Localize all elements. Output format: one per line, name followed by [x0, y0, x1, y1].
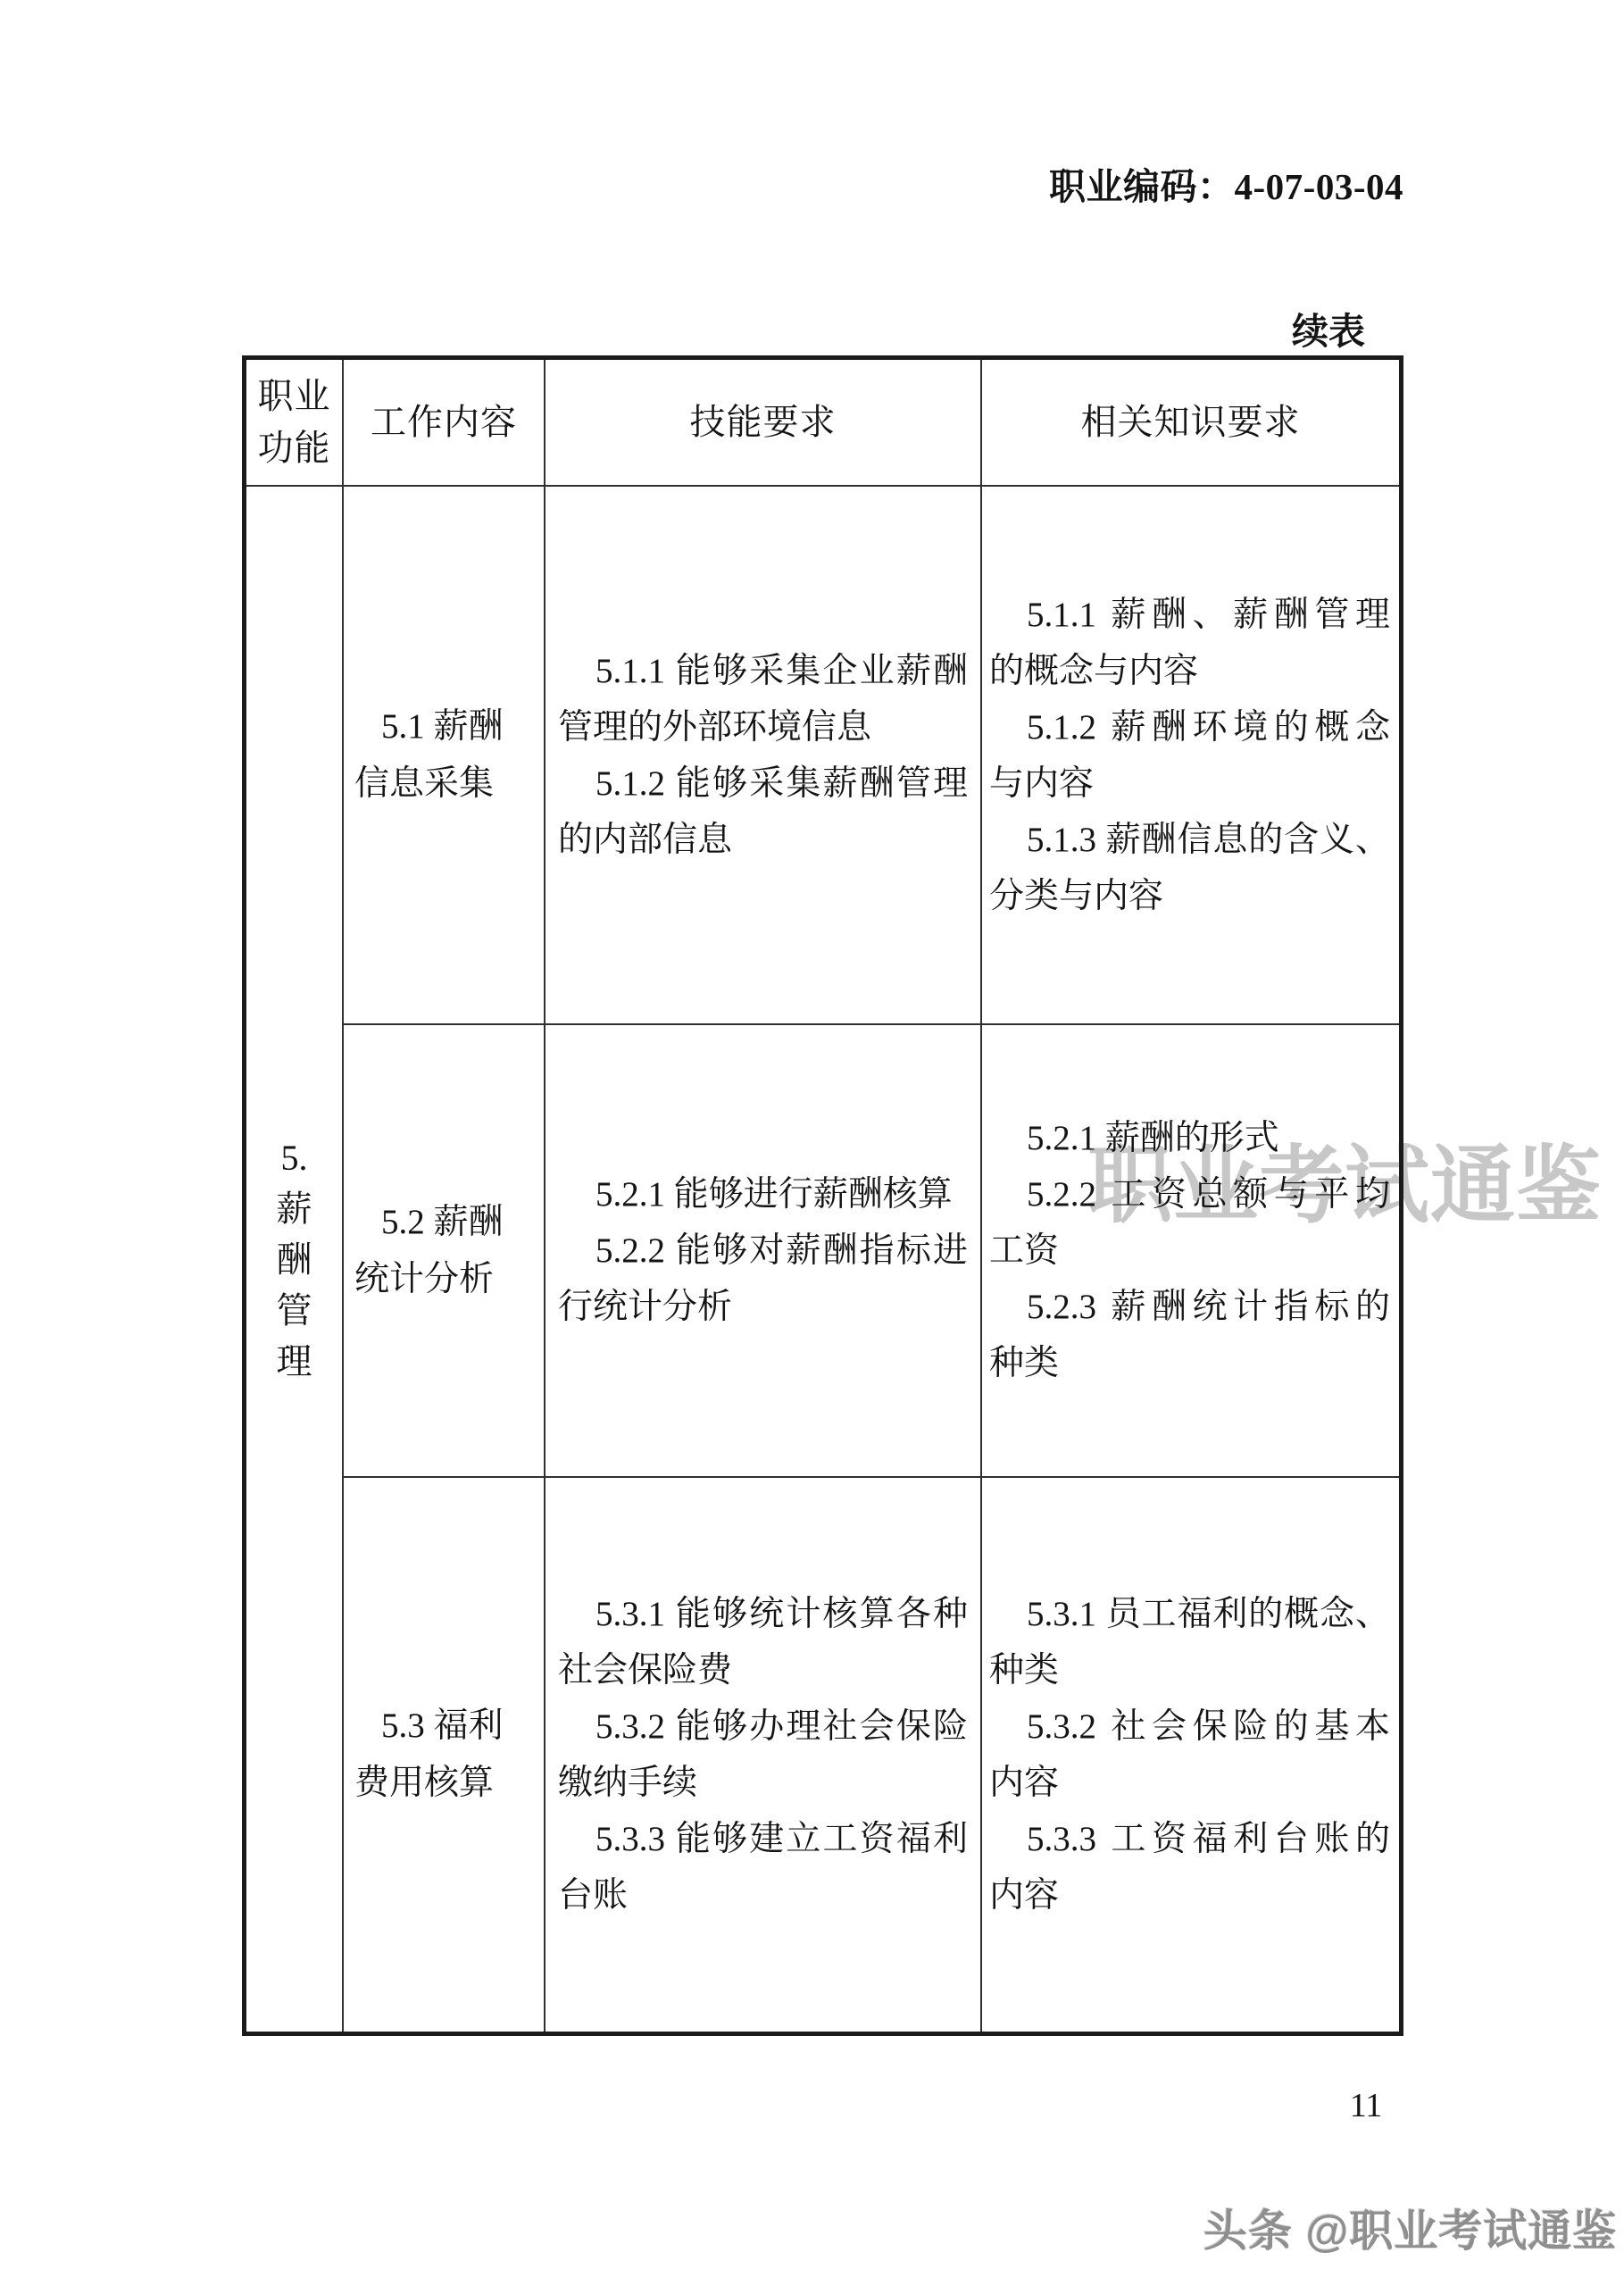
continued-table-label: 续表	[1292, 302, 1365, 355]
text-line: 5.2.2 能够对薪酬指标进	[558, 1222, 968, 1279]
text-line: 信息采集	[354, 755, 533, 813]
knowledge-cell-5-2: 5.2.1 薪酬的形式 5.2.2 工资总额与平均 工资 5.2.3 薪酬统计指…	[982, 1025, 1399, 1478]
text-line: 的内部信息	[558, 812, 968, 868]
header-cell-skills: 技能要求	[545, 360, 982, 487]
text-line: 行统计分析	[558, 1279, 968, 1335]
text-line: 5.3.3 能够建立工资福利	[558, 1811, 968, 1867]
text-line: 5.2.2 工资总额与平均	[989, 1166, 1390, 1222]
occupation-code: 职业编码：4-07-03-04	[1049, 157, 1403, 210]
header-label: 相关知识要求	[1081, 396, 1301, 448]
footer-credit: 头条 @职业考试通鉴	[1203, 2197, 1617, 2259]
work-cell-5-3: 5.3 福利 费用核算	[344, 1478, 545, 2032]
header-cell-knowledge: 相关知识要求	[982, 360, 1399, 487]
text-line: 分类与内容	[989, 868, 1390, 924]
text-line: 5.2.1 能够进行薪酬核算	[558, 1166, 968, 1222]
text-line: 5.3.2 能够办理社会保险	[558, 1698, 968, 1755]
work-cell-5-2: 5.2 薪酬 统计分析	[344, 1025, 545, 1478]
skills-cell-5-1: 5.1.1 能够采集企业薪酬 管理的外部环境信息 5.1.2 能够采集薪酬管理 …	[545, 487, 982, 1025]
text-line: 5.1.1 能够采集企业薪酬	[558, 643, 968, 699]
text-line: 种类	[989, 1642, 1390, 1698]
function-group-number: 5.	[274, 1132, 315, 1183]
header-cell-function: 职业功能	[246, 360, 344, 487]
text-line: 管理的外部环境信息	[558, 699, 968, 755]
text-line: 内容	[989, 1755, 1390, 1811]
header-cell-work: 工作内容	[344, 360, 545, 487]
text-line: 的概念与内容	[989, 643, 1390, 699]
occupation-standard-table: 职业功能 工作内容 技能要求 相关知识要求 5. 薪酬管理 5.1 薪酬 信息采…	[242, 355, 1403, 2036]
text-line: 种类	[989, 1335, 1390, 1391]
text-line: 5.2.1 薪酬的形式	[989, 1110, 1390, 1166]
header-label: 职业功能	[254, 371, 334, 474]
header-label: 工作内容	[371, 396, 517, 448]
page-number: 11	[1335, 2086, 1397, 2125]
knowledge-cell-5-1: 5.1.1 薪酬、薪酬管理 的概念与内容 5.1.2 薪酬环境的概念 与内容 5…	[982, 487, 1399, 1025]
text-line: 5.3.3 工资福利台账的	[989, 1811, 1390, 1867]
function-group-cell: 5. 薪酬管理	[246, 487, 344, 2032]
text-line: 5.2.3 薪酬统计指标的	[989, 1279, 1390, 1335]
function-group-name: 薪酬管理	[274, 1183, 315, 1387]
text-line: 5.3 福利	[354, 1698, 533, 1755]
text-line: 5.3.1 员工福利的概念、	[989, 1586, 1390, 1642]
text-line: 与内容	[989, 755, 1390, 812]
text-line: 5.3.1 能够统计核算各种	[558, 1586, 968, 1642]
document-page: { "page": { "code": "职业编码：4-07-03-04", "…	[0, 0, 1624, 2278]
text-line: 台账	[558, 1867, 968, 1923]
text-line: 5.1.2 薪酬环境的概念	[989, 699, 1390, 755]
text-line: 社会保险费	[558, 1642, 968, 1698]
text-line: 5.2 薪酬	[354, 1194, 533, 1251]
skills-cell-5-3: 5.3.1 能够统计核算各种 社会保险费 5.3.2 能够办理社会保险 缴纳手续…	[545, 1478, 982, 2032]
text-line: 费用核算	[354, 1755, 533, 1812]
skills-cell-5-2: 5.2.1 能够进行薪酬核算 5.2.2 能够对薪酬指标进 行统计分析	[545, 1025, 982, 1478]
knowledge-cell-5-3: 5.3.1 员工福利的概念、 种类 5.3.2 社会保险的基本 内容 5.3.3…	[982, 1478, 1399, 2032]
header-label: 技能要求	[690, 396, 837, 448]
text-line: 内容	[989, 1867, 1390, 1923]
text-line: 缴纳手续	[558, 1755, 968, 1811]
text-line: 5.1.1 薪酬、薪酬管理	[989, 587, 1390, 643]
text-line: 统计分析	[354, 1251, 533, 1308]
text-line: 5.1.3 薪酬信息的含义、	[989, 812, 1390, 868]
text-line: 5.3.2 社会保险的基本	[989, 1698, 1390, 1755]
work-cell-5-1: 5.1 薪酬 信息采集	[344, 487, 545, 1025]
text-line: 工资	[989, 1222, 1390, 1279]
text-line: 5.1.2 能够采集薪酬管理	[558, 755, 968, 812]
text-line: 5.1 薪酬	[354, 698, 533, 755]
